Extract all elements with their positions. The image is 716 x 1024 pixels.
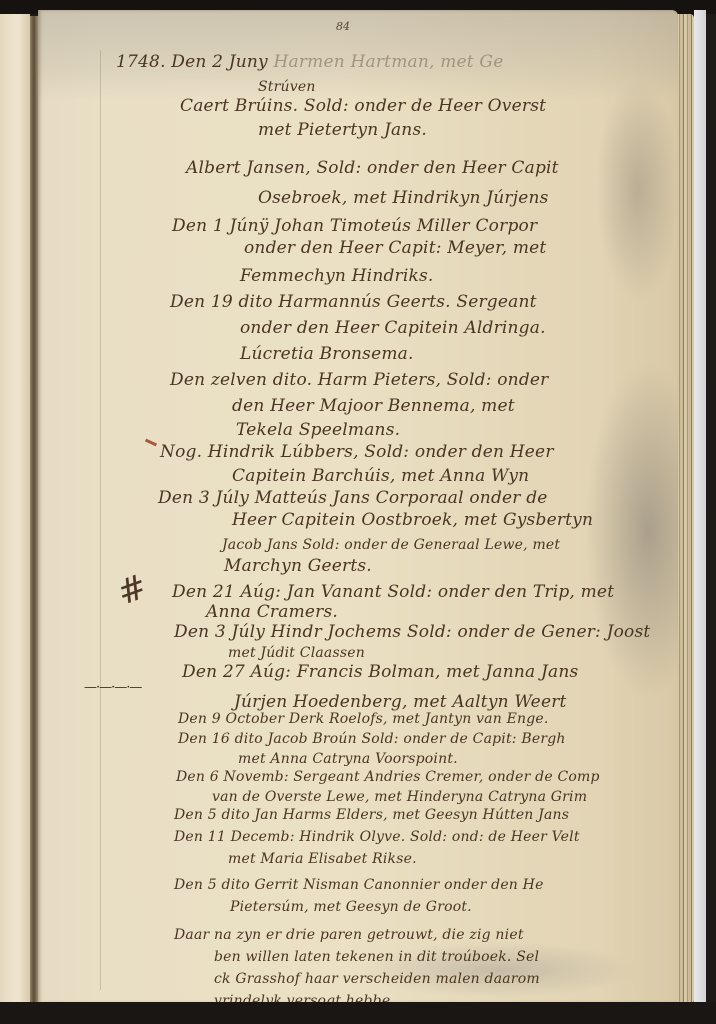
text-line: Den 11 Decemb: Hindrik Olyve. Sold: ond:…: [174, 830, 580, 844]
text-line: onder den Heer Capitein Aldringa.: [240, 320, 546, 337]
text-line: ck Grasshof haar verscheiden malen daaro…: [214, 972, 540, 986]
text-line: Albert Jansen, Sold: onder den Heer Capi…: [186, 160, 559, 177]
text-line: Pietersúm, met Geesyn de Groot.: [230, 900, 472, 914]
text-line: Den 6 Novemb: Sergeant Andries Cremer, o…: [176, 770, 600, 784]
text-line: Nog. Hindrik Lúbbers, Sold: onder den He…: [160, 444, 554, 461]
text-line: Den 21 Aúg: Jan Vanant Sold: onder den T…: [172, 584, 614, 601]
text-line: Den 3 Júly Matteús Jans Corporaal onder …: [158, 490, 548, 507]
text-line: Anna Cramers.: [206, 604, 338, 621]
text-line: Den 1 Júnÿ Johan Timoteús Miller Corpor: [172, 218, 537, 235]
text-line: van de Overste Lewe, met Hinderyna Catry…: [212, 790, 587, 804]
text-line: Den 5 dito Gerrit Nisman Canonnier onder…: [174, 878, 544, 892]
scan-bottom-border: [0, 1002, 716, 1024]
text-line: Den zelven dito. Harm Pieters, Sold: ond…: [170, 372, 549, 389]
text-line: met Anna Catryna Voorspoint.: [238, 752, 458, 766]
text-line: Heer Capitein Oostbroek, met Gysbertyn: [232, 512, 593, 529]
text-line: Den 27 Aúg: Francis Bolman, met Janna Ja…: [182, 664, 578, 681]
text-line: met Júdit Claassen: [228, 646, 365, 660]
text-line: Den 5 dito Jan Harms Elders, met Geesyn …: [174, 808, 569, 822]
text-line: Tekela Speelmans.: [236, 422, 400, 439]
left-flyleaf: [0, 14, 30, 1004]
text-line: Den 19 dito Harmannús Geerts. Sergeant: [170, 294, 537, 311]
text-line: Daar na zyn er drie paren getrouwt, die …: [174, 928, 524, 942]
year-date: 1748. Den 2 Juny: [116, 52, 273, 72]
faint-entry: Harmen Hartman, met Ge: [273, 52, 503, 72]
text-line: den Heer Majoor Bennema, met: [232, 398, 515, 415]
text-line: Júrjen Hoedenberg, met Aaltyn Weert: [234, 694, 567, 711]
text-line: Den 16 dito Jacob Broún Sold: onder de C…: [178, 732, 566, 746]
manuscript-scan: 84 # —·—·—·— 1748. Den 2 Juny Harmen Har…: [0, 0, 716, 1024]
book-gutter: [30, 16, 38, 1006]
text-line: Caert Brúins. Sold: onder de Heer Overst: [180, 98, 546, 115]
text-line: ben willen laten tekenen in dit troúboek…: [214, 950, 539, 964]
text-line: Lúcretia Bronsema.: [240, 346, 414, 363]
book-backboard: [694, 10, 706, 1004]
text-line: met Maria Elisabet Rikse.: [228, 852, 417, 866]
text-line: Den 9 October Derk Roelofs, met Jantyn v…: [178, 712, 549, 726]
text-line: Osebroek, met Hindrikyn Júrjens: [258, 190, 549, 207]
text-line: Den 3 Júly Hindr Jochems Sold: onder de …: [174, 624, 650, 641]
text-line: Jacob Jans Sold: onder de Generaal Lewe,…: [222, 538, 560, 552]
line-year-header: 1748. Den 2 Juny Harmen Hartman, met Ge: [116, 54, 503, 71]
line-insertion: Strúven: [258, 80, 316, 94]
text-line: Capitein Barchúis, met Anna Wyn: [232, 468, 529, 485]
text-line: met Pietertyn Jans.: [258, 122, 427, 139]
text-line: onder den Heer Capit: Meyer, met: [244, 240, 546, 257]
ink-smudge: —·—·—·—: [84, 680, 141, 695]
text-line: Marchyn Geerts.: [224, 558, 372, 575]
margin-line: [100, 50, 101, 990]
page-number: 84: [336, 20, 350, 33]
text-line: Femmechyn Hindriks.: [240, 268, 434, 285]
